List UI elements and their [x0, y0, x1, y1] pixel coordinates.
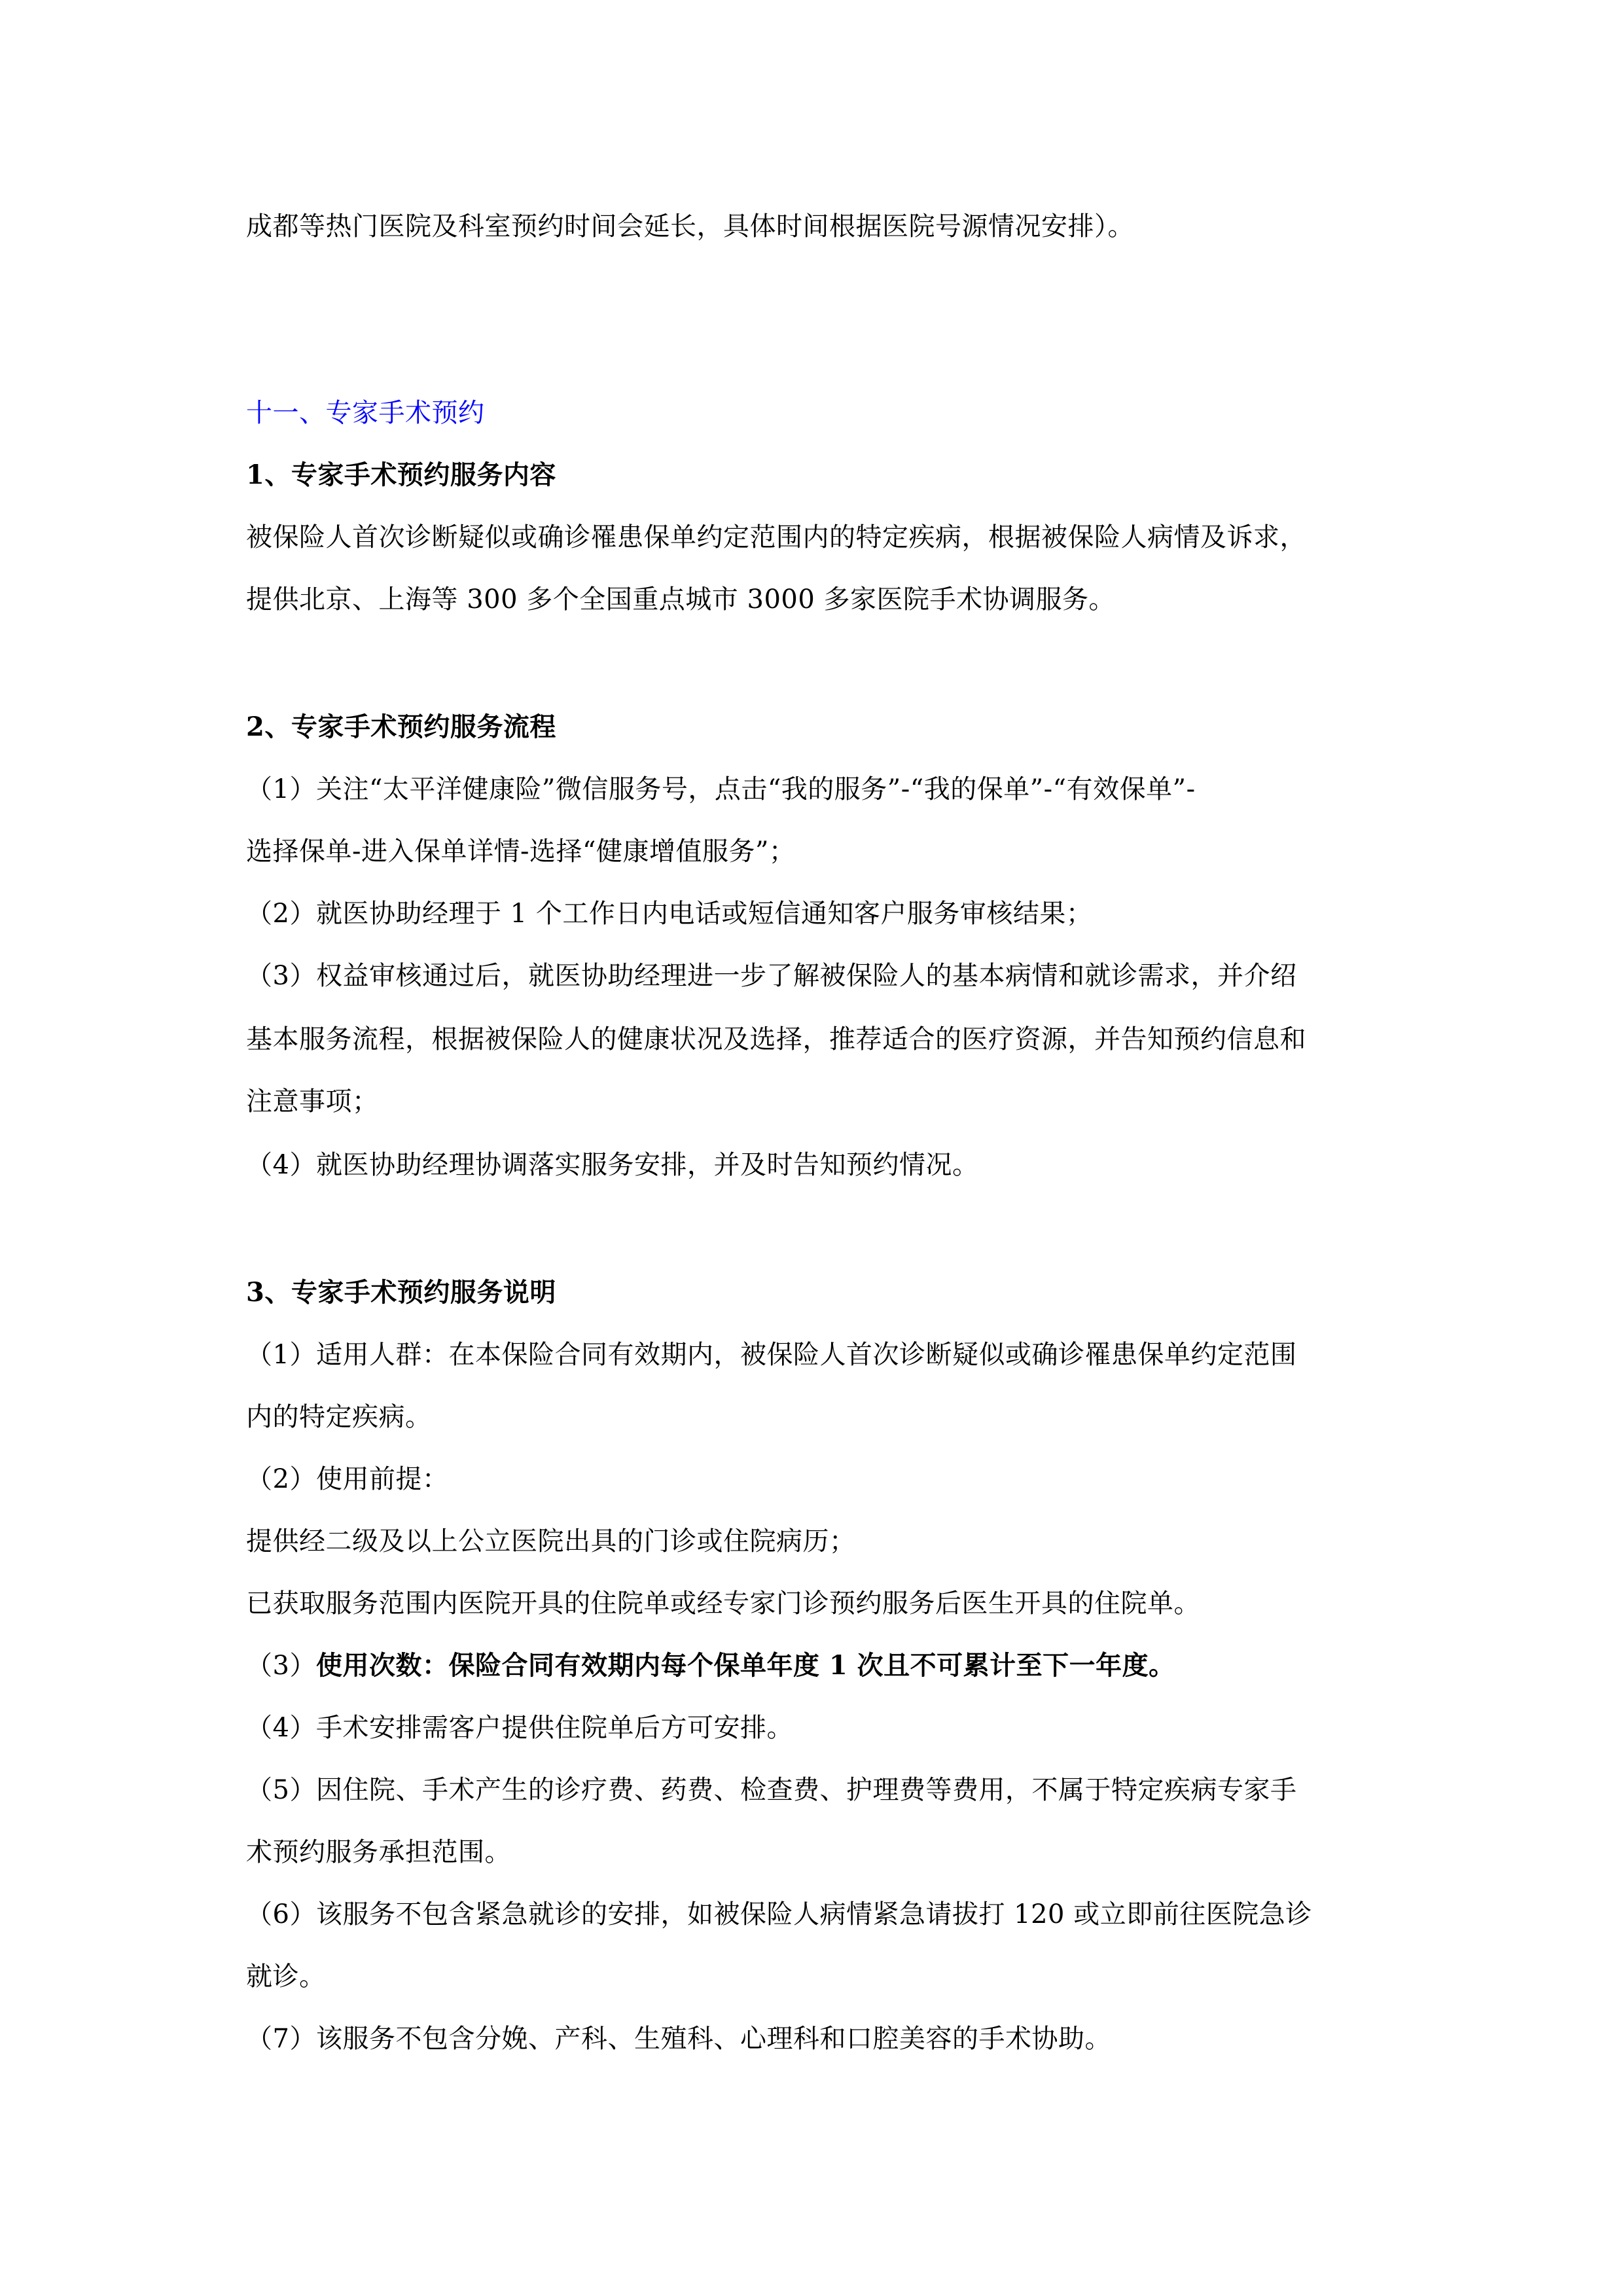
subsection-1-line: 提供北京、上海等 300 多个全国重点城市 3000 多家医院手术协调服务。	[246, 581, 1385, 618]
subsection-2-line: （3）权益审核通过后，就医协助经理进一步了解被保险人的基本病情和就诊需求，并介绍	[246, 958, 1385, 994]
subsection-2-line: 选择保单-进入保单详情-选择“健康增值服务”；	[246, 833, 1385, 870]
subsection-2-line: 注意事项；	[246, 1083, 1385, 1120]
subsection-3-line: 就诊。	[246, 1958, 1385, 1995]
subsection-3-heading: 3、专家手术预约服务说明	[246, 1274, 1385, 1311]
subsection-3-line: （6）该服务不包含紧急就诊的安排，如被保险人病情紧急请拔打 120 或立即前往医…	[246, 1896, 1385, 1933]
subsection-3-line: （7）该服务不包含分娩、产科、生殖科、心理科和口腔美容的手术协助。	[246, 2020, 1385, 2057]
subsection-3-line: 已获取服务范围内医院开具的住院单或经专家门诊预约服务后医生开具的住院单。	[246, 1585, 1385, 1622]
subsection-2-line: （4）就医协助经理协调落实服务安排，并及时告知预约情况。	[246, 1147, 1385, 1183]
subsection-2-line: （2）就医协助经理于 1 个工作日内电话或短信通知客户服务审核结果；	[246, 895, 1385, 932]
subsection-2-line: （1）关注“太平洋健康险”微信服务号，点击“我的服务”-“我的保单”-“有效保单…	[246, 771, 1385, 808]
subsection-3-line: （4）手术安排需客户提供住院单后方可安排。	[246, 1710, 1385, 1746]
subsection-2-line: 基本服务流程，根据被保险人的健康状况及选择，推荐适合的医疗资源，并告知预约信息和	[246, 1021, 1385, 1058]
usage-count-line: （3）使用次数：保险合同有效期内每个保单年度 1 次且不可累计至下一年度。	[246, 1647, 1385, 1684]
continuation-paragraph: 成都等热门医院及科室预约时间会延长，具体时间根据医院号源情况安排）。	[246, 208, 1385, 245]
subsection-3-line: （2）使用前提：	[246, 1461, 1385, 1498]
document-page: 成都等热门医院及科室预约时间会延长，具体时间根据医院号源情况安排）。 十一、专家…	[0, 0, 1623, 2296]
subsection-3-line: 内的特定疾病。	[246, 1399, 1385, 1435]
subsection-3-line: （1）适用人群：在本保险合同有效期内，被保险人首次诊断疑似或确诊罹患保单约定范围	[246, 1336, 1385, 1373]
subsection-1-line: 被保险人首次诊断疑似或确诊罹患保单约定范围内的特定疾病，根据被保险人病情及诉求，	[246, 519, 1385, 556]
section-title: 十一、专家手术预约	[246, 395, 1385, 431]
usage-count-emphasis: 使用次数：保险合同有效期内每个保单年度 1 次且不可累计至下一年度。	[316, 1650, 1175, 1681]
subsection-1-heading: 1、专家手术预约服务内容	[246, 457, 1385, 493]
subsection-2-heading: 2、专家手术预约服务流程	[246, 709, 1385, 745]
subsection-3-line: 术预约服务承担范围。	[246, 1834, 1385, 1871]
subsection-3-line: （5）因住院、手术产生的诊疗费、药费、检查费、护理费等费用，不属于特定疾病专家手	[246, 1772, 1385, 1808]
usage-count-prefix: （3）	[246, 1651, 316, 1681]
subsection-3-line: 提供经二级及以上公立医院出具的门诊或住院病历；	[246, 1523, 1385, 1560]
